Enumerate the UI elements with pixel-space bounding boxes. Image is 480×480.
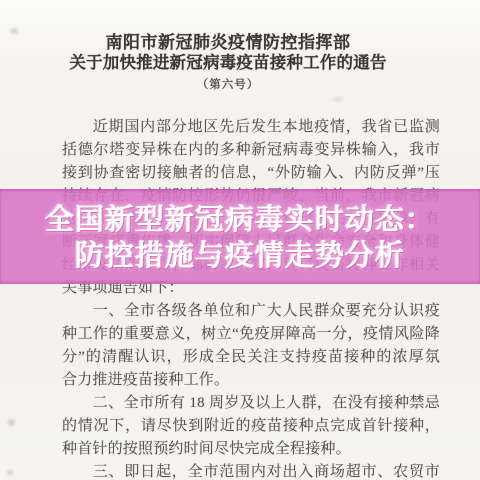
notice-body: 近期国内部分地区先后发生本地疫情，我省已监测到包括德尔塔变异株在内的多种新冠病毒… bbox=[62, 116, 440, 480]
body-line: 近期国内部分地区先后发生本地疫情，我省已监测到包 bbox=[62, 116, 440, 139]
body-line: 种工作的重要意义，树立“免疫屏障高一分，疫情风险降一 bbox=[62, 323, 440, 346]
overlay-headline-line1: 全国新型新冠病毒实时动态： bbox=[45, 202, 435, 238]
body-line: 分”的清醒认识，形成全民关注支持疫苗接种的浓厚氛围， bbox=[62, 346, 440, 369]
body-line: 合力推进疫苗接种工作。 bbox=[62, 369, 440, 392]
scan-smudge bbox=[330, 95, 346, 104]
scan-smudge bbox=[6, 417, 17, 428]
body-line: 三、即日起，全市范围内对出入商场超市、农贸市场、 bbox=[62, 461, 440, 480]
body-line: 一、全市各级各单位和广大人民群众要充分认识疫苗接 bbox=[62, 300, 440, 323]
overlay-headline-line2: 防控措施与疫情走势分析 bbox=[75, 238, 405, 274]
scanned-notice-photo: 南阳市新冠肺炎疫情防控指挥部 关于加快推进新冠病毒疫苗接种工作的通告 （第六号）… bbox=[0, 0, 480, 480]
notice-number: （第六号） bbox=[0, 76, 456, 92]
body-line: 括德尔塔变异株在内的多种新冠病毒变异株输入，我市多次 bbox=[62, 139, 440, 162]
body-line: 二、全市所有 18 周岁及以上人群，在没有接种禁忌症 bbox=[62, 392, 440, 415]
body-line: 接到协查密切接触者的信息，“外防输入、内防反弹”压力 bbox=[62, 162, 440, 185]
overlay-banner: 全国新型新冠病毒实时动态： 防控措施与疫情走势分析 bbox=[0, 189, 480, 284]
body-line: 的情况下，请尽快到附近的疫苗接种点完成首针接种，已接 bbox=[62, 415, 440, 438]
body-line: 种首针的按照预约时间尽快完成全程接种。 bbox=[62, 438, 440, 461]
notice-title: 关于加快推进新冠病毒疫苗接种工作的通告 bbox=[0, 49, 456, 73]
scan-smudge bbox=[5, 468, 15, 477]
